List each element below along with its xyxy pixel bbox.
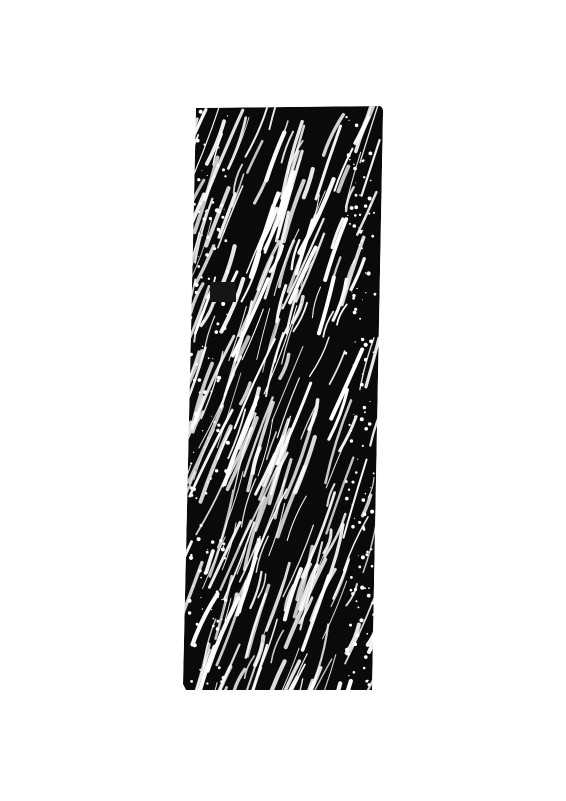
knot-square bbox=[210, 282, 236, 302]
woodgrain-print bbox=[0, 0, 566, 801]
